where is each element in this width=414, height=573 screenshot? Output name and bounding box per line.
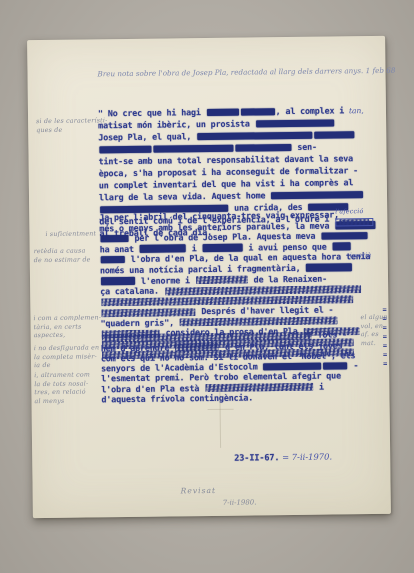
typed-text: d'aquesta frívola contingència.: [101, 393, 253, 405]
margin-note-line: i com a complemen-: [33, 314, 101, 323]
left-margin-note: i com a complemen-tària, en certsaspecte…: [33, 314, 101, 340]
header-handwritten-note: Breu nota sobre l'obra de Josep Pla, red…: [97, 66, 395, 79]
scribbled-out-text: [205, 383, 313, 392]
margin-note-line: ia de: [34, 361, 100, 370]
typed-text: Tots -: [313, 329, 347, 339]
continuation-mark: =: [383, 342, 387, 351]
margin-note-line: retèdia a causa: [34, 247, 91, 256]
manuscript-page: Breu nota sobre l'obra de Josep Pla, red…: [27, 36, 391, 518]
left-margin-note: retèdia a causade no estimar de: [34, 247, 91, 265]
margin-note-line: tres, en relació: [34, 388, 90, 397]
left-margin-note: i suficientment: [45, 230, 96, 239]
margin-note-line: i no desfigurada en: [34, 344, 100, 353]
margin-note-line: si de les característi-: [36, 117, 107, 126]
dateline: 23-II-67. = 7-ii-1970.: [234, 445, 332, 465]
margin-note-line: de no estimar de: [34, 256, 91, 265]
margin-note-line: aspectes,: [34, 331, 102, 340]
typed-line: d'aquesta frívola contingència.: [101, 390, 358, 403]
continuation-mark: =: [383, 324, 387, 333]
redaction-bar: [101, 277, 135, 285]
paragraph-3: Tots -hem d'aprendre d'en Pla, tant els …: [101, 328, 359, 403]
typed-text: sen-: [292, 142, 317, 152]
revision-date: 7-ii-1980.: [223, 498, 257, 508]
right-margin-note: l'afecció: [335, 208, 373, 226]
typed-date: 23-II-67.: [234, 453, 279, 464]
paper-crease-horizontal: [208, 409, 234, 410]
margin-note-line: i varià: [350, 252, 372, 261]
redaction-bar: [235, 143, 291, 151]
left-margin-note: si de les característi-ques de: [36, 117, 108, 135]
typed-text: , al complex i: [276, 105, 350, 116]
redaction-bar: [99, 145, 151, 153]
continuation-mark: =: [383, 360, 387, 369]
redaction-bar: [271, 191, 363, 200]
handwritten-insertion: tan,: [349, 106, 364, 115]
redaction-bar: [321, 232, 367, 240]
redaction-bar: [306, 264, 352, 272]
redaction-bar: [324, 362, 348, 370]
redaction-bar: [241, 108, 275, 116]
redaction-bar: [197, 131, 312, 140]
continuation-mark: =: [382, 315, 386, 324]
left-margin-note: i, altrament comla de tots nosal-tres, e…: [34, 371, 90, 406]
redaction-bar: [314, 131, 354, 139]
redaction-bar: [153, 144, 233, 152]
redaction-bar: [202, 244, 242, 252]
margin-note-line: l'afecció: [335, 208, 373, 217]
margin-continuation-marks: =======: [382, 306, 387, 369]
boxed-crossed-word: [335, 217, 373, 225]
redaction-bar: [207, 108, 239, 116]
continuation-mark: =: [382, 306, 386, 315]
continuation-mark: =: [383, 333, 387, 342]
redaction-bar: [256, 119, 334, 127]
redaction-bar: [332, 243, 350, 251]
typed-text: -: [348, 360, 358, 370]
redaction-bar: [101, 256, 125, 264]
scribbled-out-text: [339, 219, 369, 225]
margin-note-line: i suficientment: [45, 230, 96, 239]
continuation-mark: =: [383, 351, 387, 360]
redaction-bar: [140, 245, 186, 253]
right-margin-note: i varià: [350, 252, 372, 261]
typed-text: i: [314, 381, 324, 391]
revision-label: Revisat: [181, 486, 217, 497]
redaction-bar: [100, 235, 128, 243]
margin-note-line: i, altrament com: [34, 371, 90, 380]
margin-note-line: la completa misèr-: [34, 353, 100, 362]
left-margin-note: i no desfigurada enla completa misèr-ia …: [34, 344, 100, 370]
margin-note-line: ques de: [36, 126, 107, 135]
header-note-line2: dels darrers anys. 1 feb 68: [298, 66, 396, 76]
handwritten-date-amendment: = 7-ii-1970.: [279, 452, 332, 463]
margin-note-line: al menys: [34, 397, 90, 406]
header-note-line1: Breu nota sobre l'obra de Josep Pla, red…: [97, 67, 295, 78]
